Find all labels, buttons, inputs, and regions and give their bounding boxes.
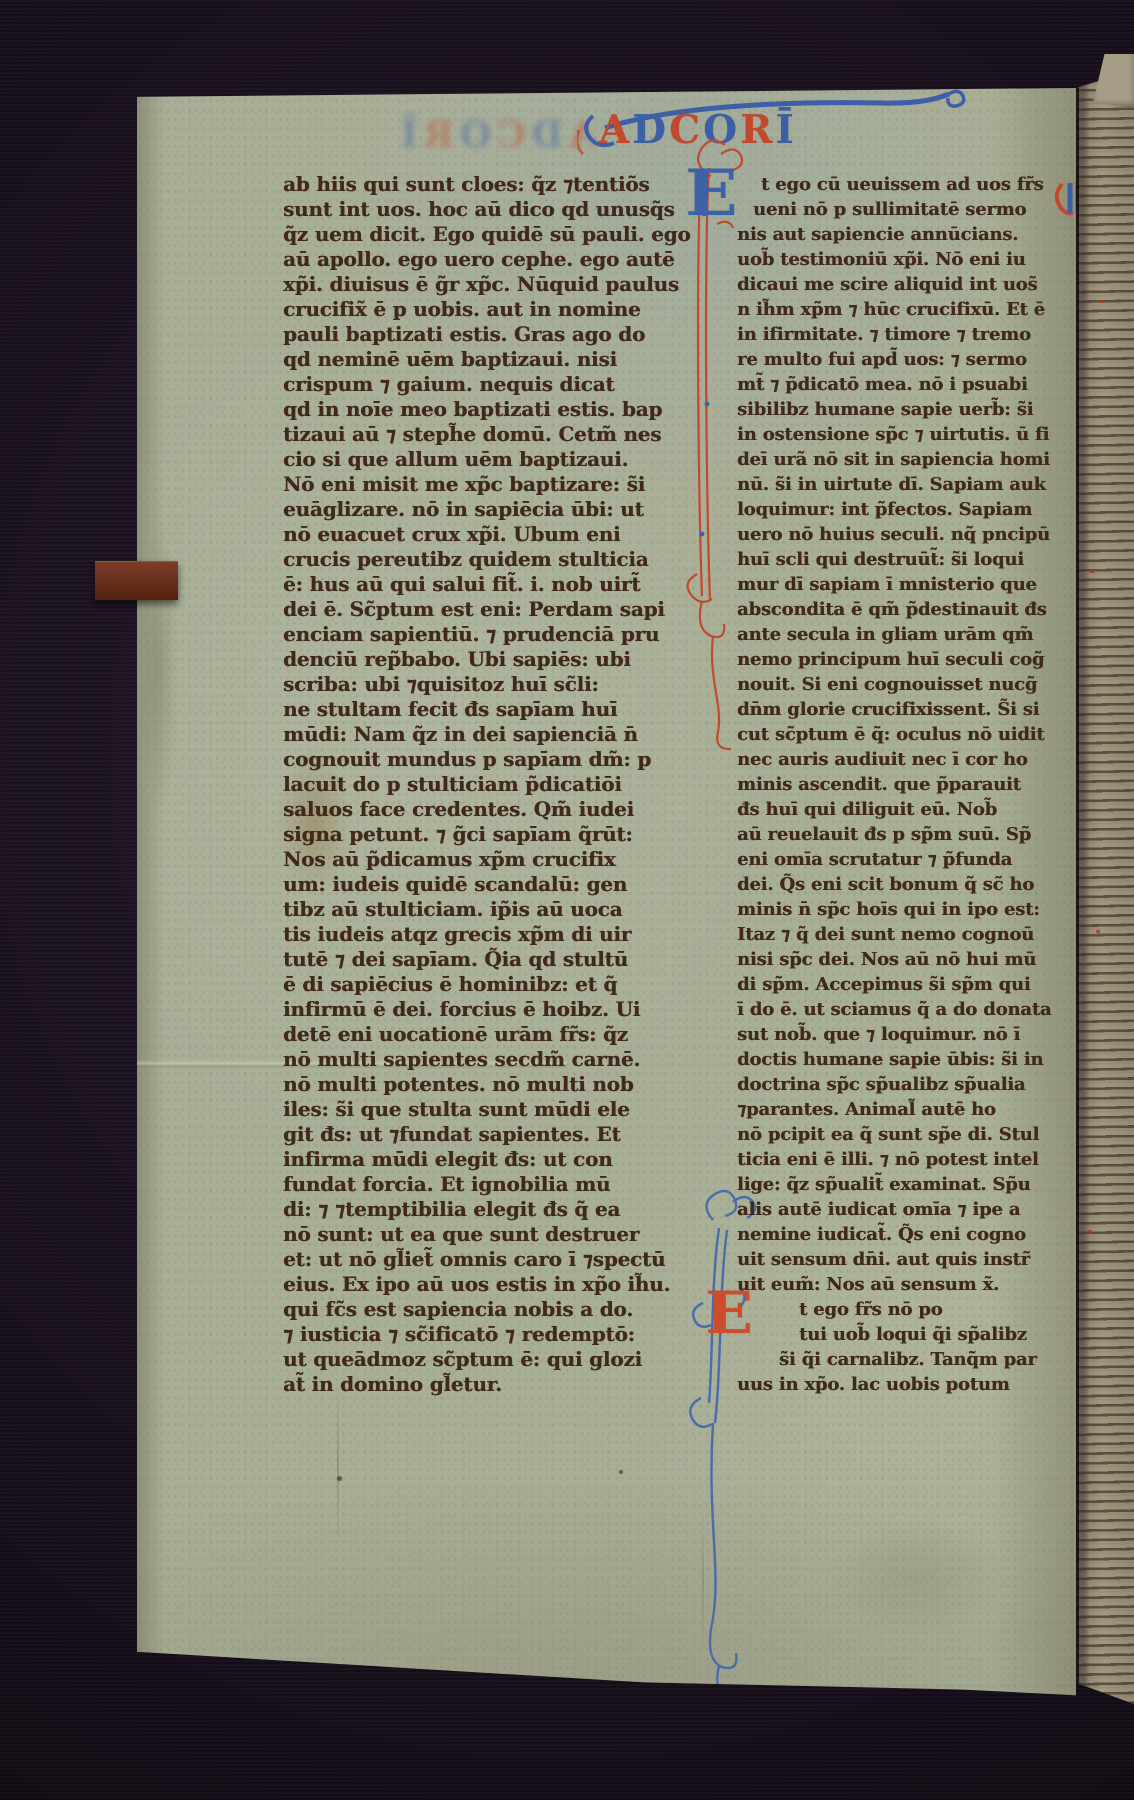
text-line: deī urã nō sit in sapiencia homi <box>737 447 1073 472</box>
text-line: nū. s̃i in uirtute dī. Sapiam auk <box>737 472 1073 497</box>
running-title-letter: A <box>563 114 597 156</box>
text-line: di sp̃m. Accepimus s̃i sp̃m qui <box>737 972 1073 997</box>
text-line: loquimur: int p̃fectos. Sapiam <box>737 497 1073 522</box>
text-line: enciam sapientiū. ⁊ prudenciā pru <box>283 622 701 647</box>
running-title-letter: Ī <box>776 111 797 150</box>
offset-title-impression: ADCORĪ <box>297 104 597 156</box>
text-line: ueni nō p sullimitatē sermo <box>737 197 1073 222</box>
running-title-letter: O <box>703 111 740 150</box>
text-line: alis autē iudicat omīa ⁊ ipe a <box>737 1197 1073 1222</box>
text-line: in ostensione sp̃c ⁊ uirtutis. ū fi <box>737 422 1073 447</box>
text-line: sut nob̃. que ⁊ loquimur. nō ī <box>737 1022 1073 1047</box>
text-line: pauli baptizati estis. Gras ago do <box>283 322 701 347</box>
text-line: aū reuelauit đs p sp̃m suū. Sp̃ <box>737 822 1073 847</box>
text-line: infirma mūdi elegit đs: ut con <box>283 1147 701 1172</box>
text-line: crispum ⁊ gaium. nequis dicat <box>283 372 701 397</box>
text-line: mur dī sapiam ī mnisterio que <box>737 572 1073 597</box>
text-line: n ih̃m xp̃m ⁊ hūc crucifixū. Et ē <box>737 297 1073 322</box>
text-line: ab hiis qui sunt cloes: q̃z ⁊tentiõs <box>283 172 701 197</box>
running-title: ADCORĪ <box>599 100 797 150</box>
text-line: eni omīa scrutatur ⁊ p̃funda <box>737 847 1073 872</box>
text-line: ī do ē. ut sciamus q̃ a do donata <box>737 997 1073 1022</box>
text-line: Nō eni misit me xp̃c baptizare: s̃i <box>283 472 701 497</box>
text-line: dei ē. Sc̃ptum est eni: Perdam sapi <box>283 597 701 622</box>
running-title-letter: O <box>454 114 491 156</box>
text-line: fundat forcia. Et ignobilia mū <box>283 1172 701 1197</box>
text-column-right: t ego cū ueuissem ad uos fr̃sueni nō p s… <box>737 172 1073 1397</box>
text-line: iles: s̃i que stulta sunt mūdi ele <box>283 1097 701 1122</box>
text-line: um: iudeis quidē scandalū: gen <box>283 872 701 897</box>
text-line: sibilibz humane sapie uerb̃: s̃i <box>737 397 1073 422</box>
running-title-letter: C <box>669 111 703 150</box>
text-line: denciū rep̃babo. Ubi sapiēs: ubi <box>283 647 701 672</box>
text-line: nō pcipit ea q̃ sunt sp̃e di. Stul <box>737 1122 1073 1147</box>
text-line: dei. Q̃s eni scit bonum q̃ sc̃ ho <box>737 872 1073 897</box>
running-title-letter: D <box>526 114 563 156</box>
next-folio-corner <box>1093 54 1134 108</box>
text-line: nec auris audiuit nec ī cor ho <box>737 747 1073 772</box>
text-line: signa petunt. ⁊ g̃ci sapīam q̃rūt: <box>283 822 701 847</box>
text-line: scriba: ubi ⁊quisitoz huī sc̃li: <box>283 672 701 697</box>
text-column-left: ab hiis qui sunt cloes: q̃z ⁊tentiõssunt… <box>283 172 701 1397</box>
text-line: ut queādmoz sc̃ptum ē: qui glozi <box>283 1347 701 1372</box>
text-line: ⁊ iusticia ⁊ sc̃ificatō ⁊ redemptō: <box>283 1322 701 1347</box>
text-line: nō sunt: ut ea que sunt destruer <box>283 1222 701 1247</box>
text-line: đs huī qui diliguit eū. Nob̃ <box>737 797 1073 822</box>
text-line: nouit. Si eni cognouisset nucg̃ <box>737 672 1073 697</box>
text-line: doctis humane sapie ūbis: s̃i in <box>737 1047 1073 1072</box>
text-line: s̃i q̃i carnalibz. Tanq̃m par <box>737 1347 1073 1372</box>
text-line: lacuit do p stulticiam p̃dicatiōi <box>283 772 701 797</box>
text-line: nō euacuet crux xp̃i. Ubum eni <box>283 522 701 547</box>
text-line: Nos aū p̃dicamus xp̃m crucifix <box>283 847 701 872</box>
text-line: q̃z uem dicit. Ego quidē sū pauli. ego <box>283 222 701 247</box>
text-line: re multo fui apd̃ uos: ⁊ sermo <box>737 347 1073 372</box>
text-line: lige: q̃z sp̃ualit̃ examinat. Sp̃u <box>737 1172 1073 1197</box>
text-line: nemine iudicat̃. Q̃s eni cogno <box>737 1222 1073 1247</box>
text-line: tizaui aū ⁊ steph̃e domū. Cetm̃ nes <box>283 422 701 447</box>
text-line: dicaui me scire aliquid int uos̃ <box>737 272 1073 297</box>
text-line: ē: hus aū qui salui fit̃. i. nob uirt̃ <box>283 572 701 597</box>
text-line: nō multi sapientes secdm̃ carnē. <box>283 1047 701 1072</box>
text-line: euāglizare. nō in sapiēcia ūbi: ut <box>283 497 701 522</box>
text-line: in ifirmitate. ⁊ timore ⁊ tremo <box>737 322 1073 347</box>
text-line: uero nō huius seculi. nq̃ pncipū <box>737 522 1073 547</box>
text-line: tui uob̃ loqui q̃i sp̃alibz <box>737 1322 1073 1347</box>
text-line: eius. Ex ipo aū uos estis in xp̃o ih̃u. <box>283 1272 701 1297</box>
text-line: qd in noīe meo baptizati estis. bap <box>283 397 701 422</box>
text-line: minis n̄ sp̃c hoīs qui in ipo est: <box>737 897 1073 922</box>
text-line: uus in xp̃o. lac uobis potum <box>737 1372 1073 1397</box>
text-line: xp̃i. diuisus ē g̃r xp̃c. Nūquid paulus <box>283 272 701 297</box>
book-fore-edge-pages <box>1076 70 1134 1704</box>
running-title-letter: R <box>418 114 454 156</box>
text-line: minis ascendit. que p̃parauit <box>737 772 1073 797</box>
text-line: t ego fr̃s nō po <box>737 1297 1073 1322</box>
rubric-fleck <box>1088 1230 1092 1233</box>
rubric-fleck <box>1100 300 1104 303</box>
text-line: nisi sp̃c dei. Nos aū nō hui mū <box>737 947 1073 972</box>
text-line: et: ut nō gl̃iet̃ omnis caro ī ⁊spectū <box>283 1247 701 1272</box>
text-line: uit sensum dn̄i. aut quis instr̃ <box>737 1247 1073 1272</box>
text-line: mt̃ ⁊ p̃dicatō mea. nō i psuabi <box>737 372 1073 397</box>
text-line: doctrina sp̃c sp̃ualibz sp̃ualia <box>737 1072 1073 1097</box>
running-title-letter: Ī <box>395 114 418 156</box>
text-line: tutē ⁊ dei sapīam. Q̃ia qd stultū <box>283 947 701 972</box>
text-line: crucifix̃ ē p uobis. aut in nomine <box>283 297 701 322</box>
text-line: saluos face credentes. Qm̃ iudei <box>283 797 701 822</box>
text-line: qd neminē uēm baptizaui. nisi <box>283 347 701 372</box>
text-line: di: ⁊ ⁊temptibilia elegit đs q̃ ea <box>283 1197 701 1222</box>
text-line: at̃ in domino gl̃etur. <box>283 1372 701 1397</box>
text-line: dn̄m glorie crucifixissent. S̃i si <box>737 697 1073 722</box>
text-line: t ego cū ueuissem ad uos fr̃s <box>737 172 1073 197</box>
text-line: infirmū ē dei. forcius ē hoibz. Ui <box>283 997 701 1022</box>
text-line: Itaz ⁊ q̃ dei sunt nemo cognoū <box>737 922 1073 947</box>
running-title-letter: A <box>599 111 632 150</box>
text-line: mūdi: Nam q̃z in dei sapienciā n̄ <box>283 722 701 747</box>
rubric-fleck <box>1096 930 1100 933</box>
fold-crease <box>702 1508 704 1658</box>
text-line: ē di sapiēcius ē hominibz: et q̃ <box>283 972 701 997</box>
text-line: nis aut sapiencie annūcians. <box>737 222 1073 247</box>
leather-bookmark-tab <box>95 561 178 600</box>
text-line: huī scli qui destruūt̃: s̃i loqui <box>737 547 1073 572</box>
text-line: cio si que allum uēm baptizaui. <box>283 447 701 472</box>
text-line: crucis pereutibz quidem stulticia <box>283 547 701 572</box>
text-line: cognouit mundus p sapīam dm̃: p <box>283 747 701 772</box>
text-line: nō multi potentes. nō multi nob <box>283 1072 701 1097</box>
running-title-letter: D <box>632 111 669 150</box>
text-line: uob̃ testimoniū xp̃i. Nō eni iu <box>737 247 1073 272</box>
text-line: cut sc̃ptum ē q̃: oculus nō uidit <box>737 722 1073 747</box>
text-line: abscondita ē qm̃ p̃destinauit đs <box>737 597 1073 622</box>
text-line: ⁊parantes. Animal̃ autē ho <box>737 1097 1073 1122</box>
ink-speck <box>337 1476 342 1481</box>
running-title-letter: C <box>491 114 526 156</box>
ink-speck <box>619 1470 623 1474</box>
text-line: uit eum̃: Nos aū sensum x̃. <box>737 1272 1073 1297</box>
text-line: tis iudeis atqz grecis xp̃m di uir <box>283 922 701 947</box>
parchment-stain <box>827 1518 1007 1638</box>
text-line: detē eni uocationē urām fr̃s: q̃z <box>283 1022 701 1047</box>
text-line: git đs: ut ⁊fundat sapientes. Et <box>283 1122 701 1147</box>
text-line: aū apollo. ego uero cephe. ego autē <box>283 247 701 272</box>
fold-crease <box>337 1383 339 1553</box>
text-line: ticia eni ē illi. ⁊ nō potest intel <box>737 1147 1073 1172</box>
text-line: nemo principum huī seculi cog̃ <box>737 647 1073 672</box>
rubric-fleck <box>1090 570 1094 573</box>
text-line: qui fc̃s est sapiencia nobis a do. <box>283 1297 701 1322</box>
manuscript-page: ADCORĪ ADCORĪ <box>137 88 1076 1696</box>
running-title-letter: R <box>740 111 775 150</box>
text-line: ante secula in gliam urām qm̃ <box>737 622 1073 647</box>
text-line: ne stultam fecit đs sapīam huī <box>283 697 701 722</box>
manuscript-photograph: ADCORĪ ADCORĪ <box>0 0 1134 1800</box>
text-line: sunt int uos. hoc aū dico qd unusq̃s <box>283 197 701 222</box>
text-line: tibz aū stulticiam. ip̃is aū uoca <box>283 897 701 922</box>
